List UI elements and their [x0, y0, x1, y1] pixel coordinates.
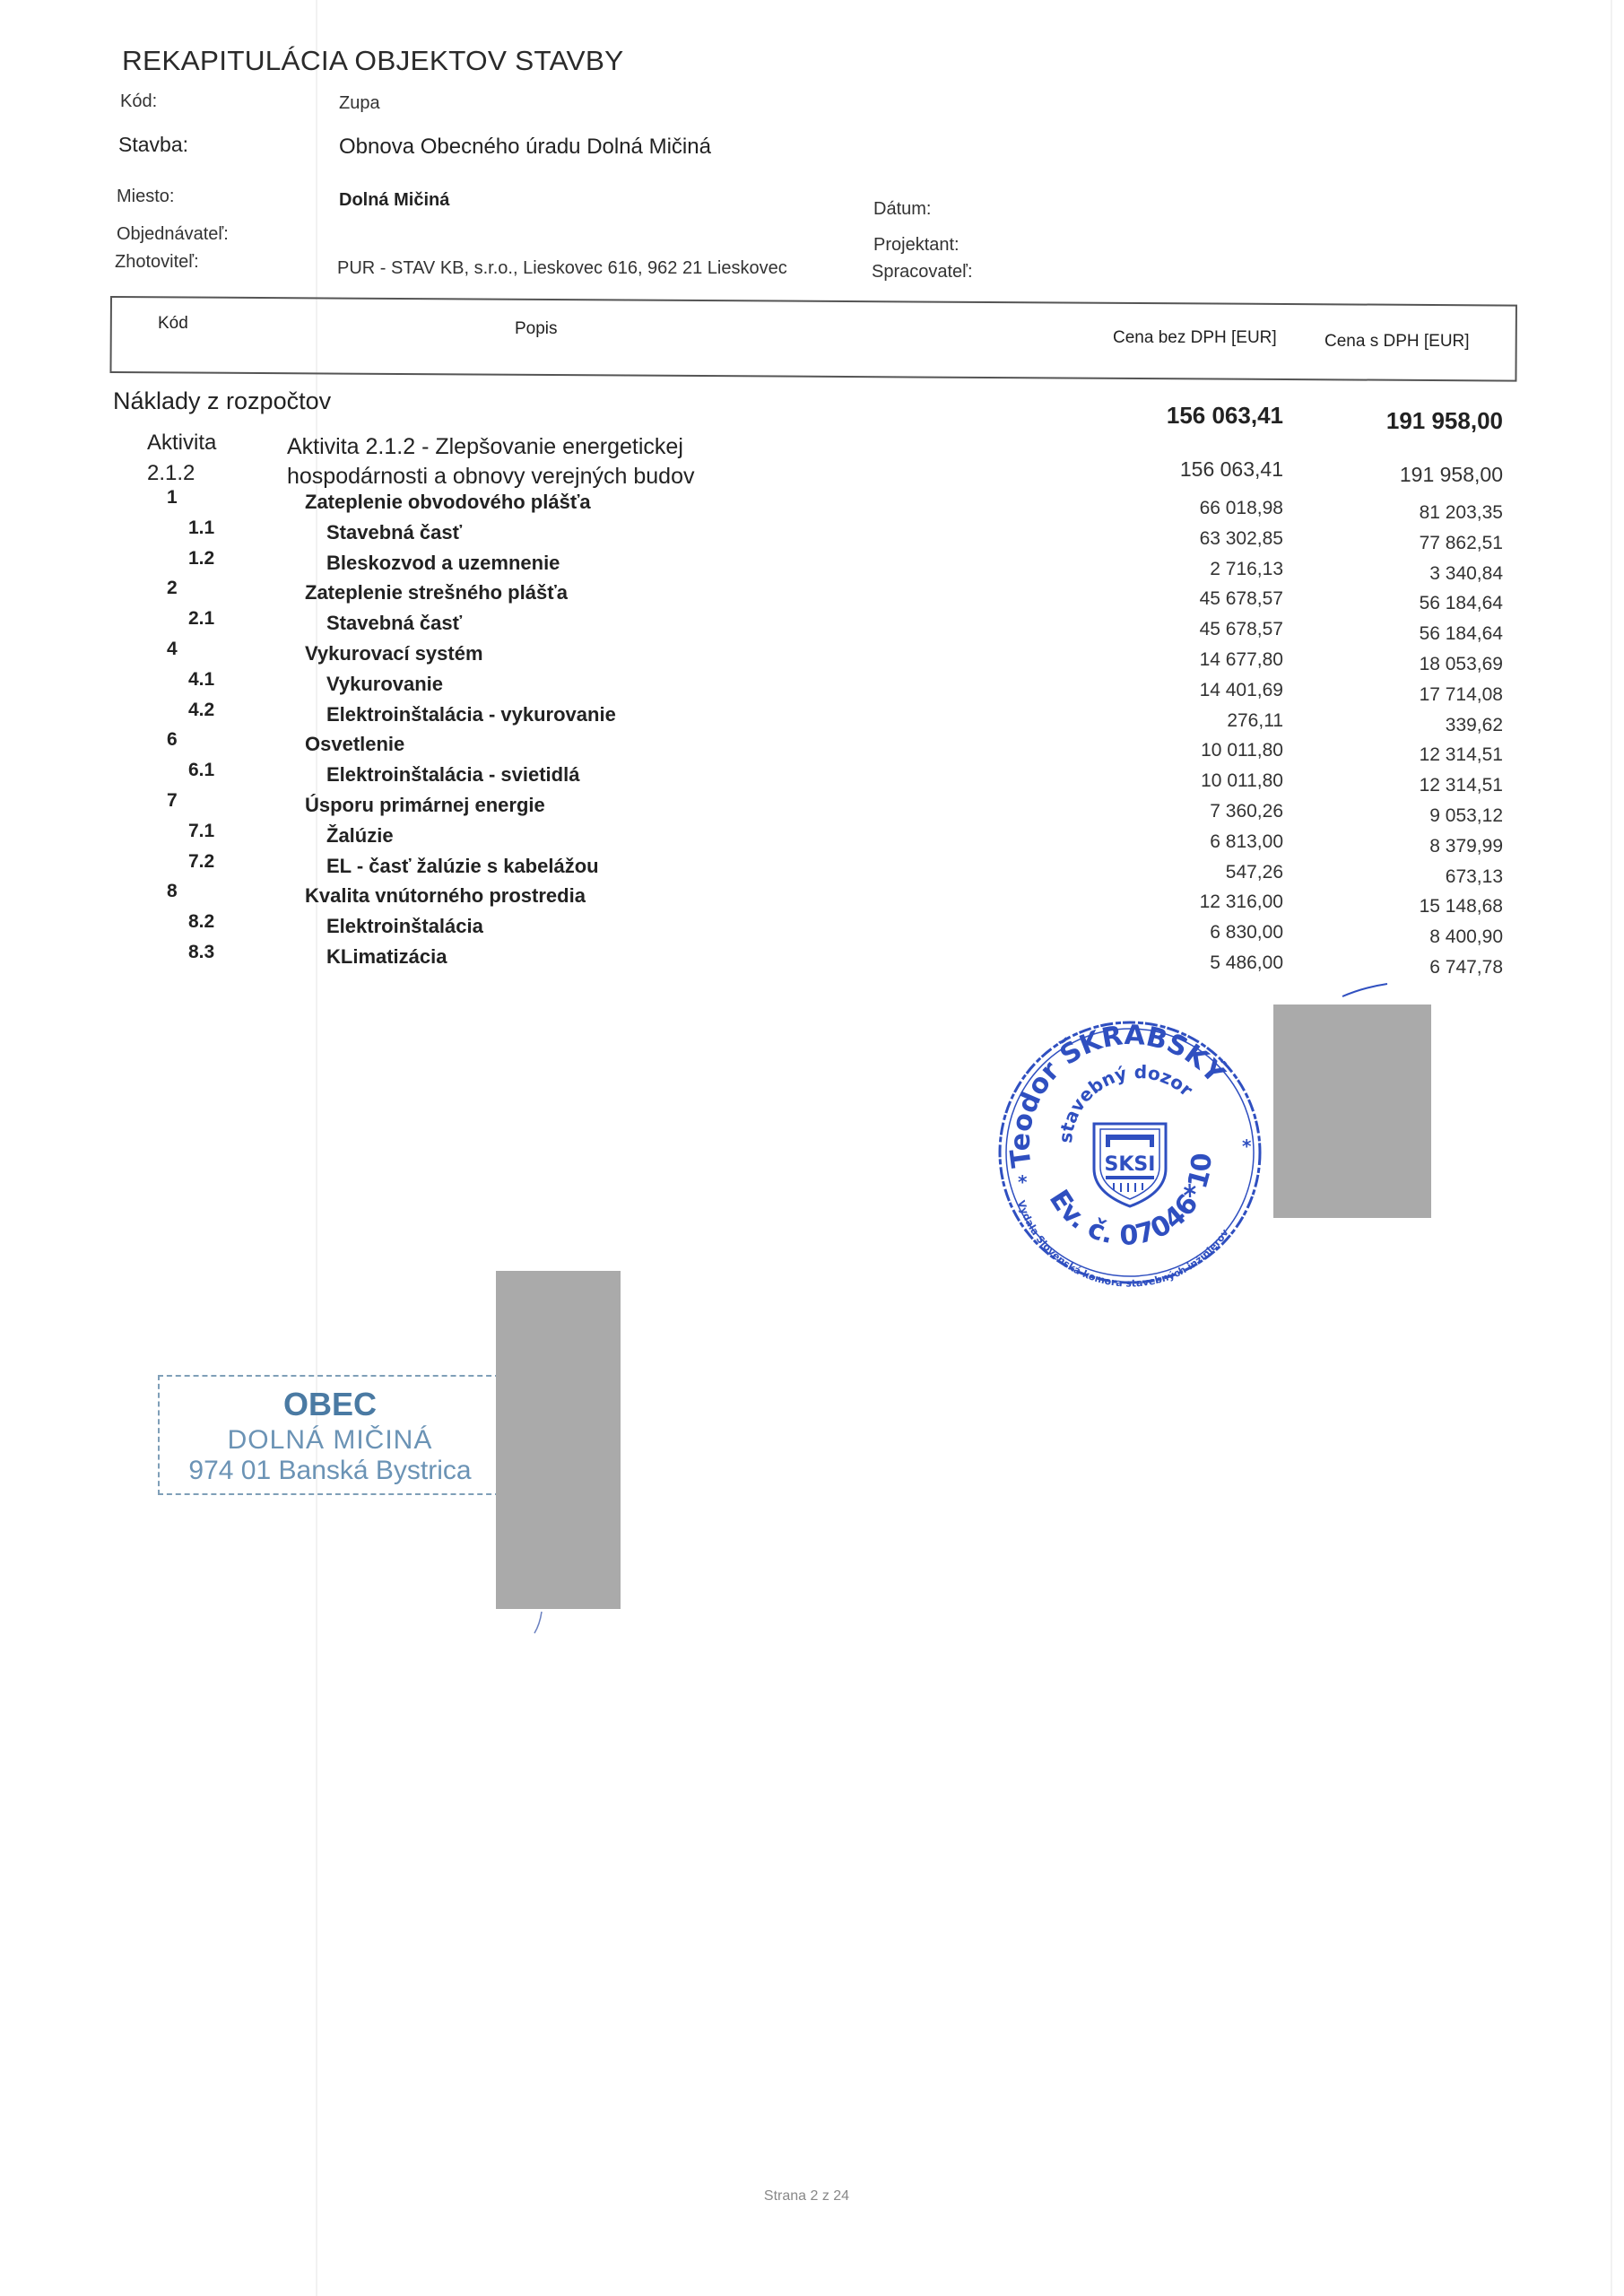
datum-label: Dátum: [873, 199, 931, 220]
row-cena-s-dph: 18 053,69 [1420, 654, 1503, 675]
row-description: Žalúzie [326, 824, 394, 848]
activity-desc-line1: Aktivita 2.1.2 - Zlepšovanie energeticke… [287, 434, 683, 460]
row-cena-s-dph: 12 314,51 [1420, 775, 1503, 796]
engineer-round-stamp: Teodor ŠKRABSKÝ stavebný dozor Ev. č. 07… [986, 1009, 1273, 1296]
header-kod: Kód [158, 314, 188, 334]
zhotovitel-value: PUR - STAV KB, s.r.o., Lieskovec 616, 96… [337, 258, 787, 279]
row-code: 7 [167, 790, 178, 812]
zhotovitel-label: Zhotoviteľ: [115, 252, 199, 273]
row-cena-s-dph: 673,13 [1446, 866, 1503, 888]
redaction-signature [1273, 1004, 1431, 1218]
row-code: 8.2 [188, 911, 214, 933]
redaction-municipality-signature [496, 1271, 621, 1609]
row-code: 2.1 [188, 608, 214, 630]
row-cena-bez-dph: 45 678,57 [1200, 619, 1283, 640]
miesto-label: Miesto: [117, 187, 174, 207]
row-code: 4 [167, 639, 178, 660]
row-code: 6.1 [188, 760, 214, 781]
row-code: 1.2 [188, 548, 214, 570]
section-title: Náklady z rozpočtov [113, 387, 331, 415]
row-cena-s-dph: 8 400,90 [1429, 926, 1503, 948]
row-cena-bez-dph: 10 011,80 [1201, 740, 1283, 761]
row-cena-s-dph: 8 379,99 [1429, 836, 1503, 857]
row-cena-bez-dph: 14 401,69 [1200, 680, 1283, 701]
row-code: 8.3 [188, 942, 214, 963]
activity-code-line2: 2.1.2 [147, 461, 195, 486]
row-cena-s-dph: 56 184,64 [1420, 593, 1503, 614]
row-cena-bez-dph: 5 486,00 [1210, 952, 1283, 974]
row-code: 4.1 [188, 669, 214, 691]
row-description: Stavebná časť [326, 612, 462, 635]
svg-text:SKSI: SKSI [1105, 1153, 1156, 1176]
row-cena-bez-dph: 2 716,13 [1210, 559, 1283, 580]
svg-text:*: * [1018, 1171, 1028, 1193]
row-description: Bleskozvod a uzemnenie [326, 552, 560, 575]
row-description: EL - časť žalúzie s kabelážou [326, 855, 599, 878]
projektant-label: Projektant: [873, 235, 960, 256]
activity-s-dph: 191 958,00 [1400, 463, 1503, 487]
header-cena-bez-dph: Cena bez DPH [EUR] [1113, 328, 1277, 348]
activity-desc-line2: hospodárnosti a obnovy verejných budov [287, 464, 694, 490]
sksi-logo-icon: SKSI [1094, 1124, 1166, 1206]
row-code: 7.1 [188, 821, 214, 842]
municipality-rect-stamp: OBEC DOLNÁ MIČINÁ 974 01 Banská Bystrica [158, 1375, 500, 1495]
row-description: KLimatizácia [326, 945, 447, 969]
row-description: Stavebná časť [326, 521, 462, 544]
header-popis: Popis [515, 319, 558, 339]
svg-text:*: * [1242, 1135, 1252, 1157]
row-code: 8 [167, 881, 178, 902]
page-number: Strana 2 z 24 [0, 2188, 1619, 2205]
row-code: 4.2 [188, 700, 214, 721]
svg-text:stavebný dozor: stavebný dozor [1055, 1061, 1197, 1144]
row-cena-s-dph: 6 747,78 [1429, 957, 1503, 978]
row-cena-bez-dph: 7 360,26 [1210, 801, 1283, 822]
row-cena-s-dph: 77 862,51 [1420, 533, 1503, 554]
row-description: Vykurovanie [326, 673, 443, 696]
row-cena-bez-dph: 547,26 [1226, 862, 1283, 883]
row-code: 1 [167, 487, 178, 509]
row-description: Úsporu primárnej energie [305, 794, 545, 817]
row-description: Zateplenie strešného plášťa [305, 581, 568, 604]
row-description: Kvalita vnútorného prostredia [305, 884, 586, 908]
row-cena-bez-dph: 6 813,00 [1210, 831, 1283, 853]
row-description: Elektroinštalácia - vykurovanie [326, 703, 616, 726]
activity-code-line1: Aktivita [147, 430, 216, 456]
miesto-value: Dolná Mičiná [339, 190, 449, 211]
row-cena-bez-dph: 45 678,57 [1200, 588, 1283, 610]
row-description: Elektroinštalácia [326, 915, 483, 938]
table-header-box [109, 296, 1516, 382]
signature-stroke-2 [531, 1610, 549, 1637]
row-description: Elektroinštalácia - svietidlá [326, 763, 579, 787]
signature-stroke [1341, 982, 1394, 1000]
row-cena-s-dph: 339,62 [1446, 715, 1503, 736]
row-code: 7.2 [188, 851, 214, 873]
kod-label: Kód: [120, 91, 157, 112]
row-description: Osvetlenie [305, 733, 404, 756]
row-cena-s-dph: 56 184,64 [1420, 623, 1503, 645]
row-cena-bez-dph: 66 018,98 [1200, 498, 1283, 519]
activity-bez-dph: 156 063,41 [1180, 457, 1283, 482]
stavba-value: Obnova Obecného úradu Dolná Mičiná [339, 135, 711, 160]
row-cena-bez-dph: 14 677,80 [1200, 649, 1283, 671]
row-description: Zateplenie obvodového plášťa [305, 491, 591, 514]
scan-edge-line [1611, 0, 1612, 2296]
row-cena-s-dph: 17 714,08 [1420, 684, 1503, 706]
stavba-label: Stavba: [118, 133, 188, 157]
row-description: Vykurovací systém [305, 642, 483, 665]
row-cena-bez-dph: 10 011,80 [1201, 770, 1283, 792]
row-cena-bez-dph: 12 316,00 [1200, 891, 1283, 913]
stamp-rect-line1: OBEC [160, 1386, 500, 1423]
section-total-s-dph: 191 958,00 [1386, 407, 1503, 435]
row-cena-bez-dph: 276,11 [1227, 710, 1283, 732]
row-code: 2 [167, 578, 178, 599]
row-cena-s-dph: 12 314,51 [1420, 744, 1503, 766]
header-cena-s-dph: Cena s DPH [EUR] [1324, 332, 1470, 352]
row-cena-s-dph: 81 203,35 [1420, 502, 1503, 524]
stamp-rect-line3: 974 01 Banská Bystrica [160, 1456, 500, 1486]
stamp-rect-line2: DOLNÁ MIČINÁ [160, 1425, 500, 1456]
row-cena-s-dph: 15 148,68 [1420, 896, 1503, 918]
row-cena-s-dph: 3 340,84 [1429, 563, 1503, 585]
row-cena-bez-dph: 6 830,00 [1210, 922, 1283, 944]
section-total-bez-dph: 156 063,41 [1167, 402, 1283, 430]
kod-value: Zupa [339, 93, 380, 114]
svg-text:Teodor ŠKRABSKÝ: Teodor ŠKRABSKÝ [1004, 1020, 1232, 1170]
row-code: 6 [167, 729, 178, 751]
document-title: REKAPITULÁCIA OBJEKTOV STAVBY [122, 45, 623, 77]
objednavatel-label: Objednávateľ: [117, 224, 229, 245]
row-cena-bez-dph: 63 302,85 [1200, 528, 1283, 550]
spracovatel-label: Spracovateľ: [872, 262, 973, 283]
row-cena-s-dph: 9 053,12 [1429, 805, 1503, 827]
row-code: 1.1 [188, 517, 214, 539]
